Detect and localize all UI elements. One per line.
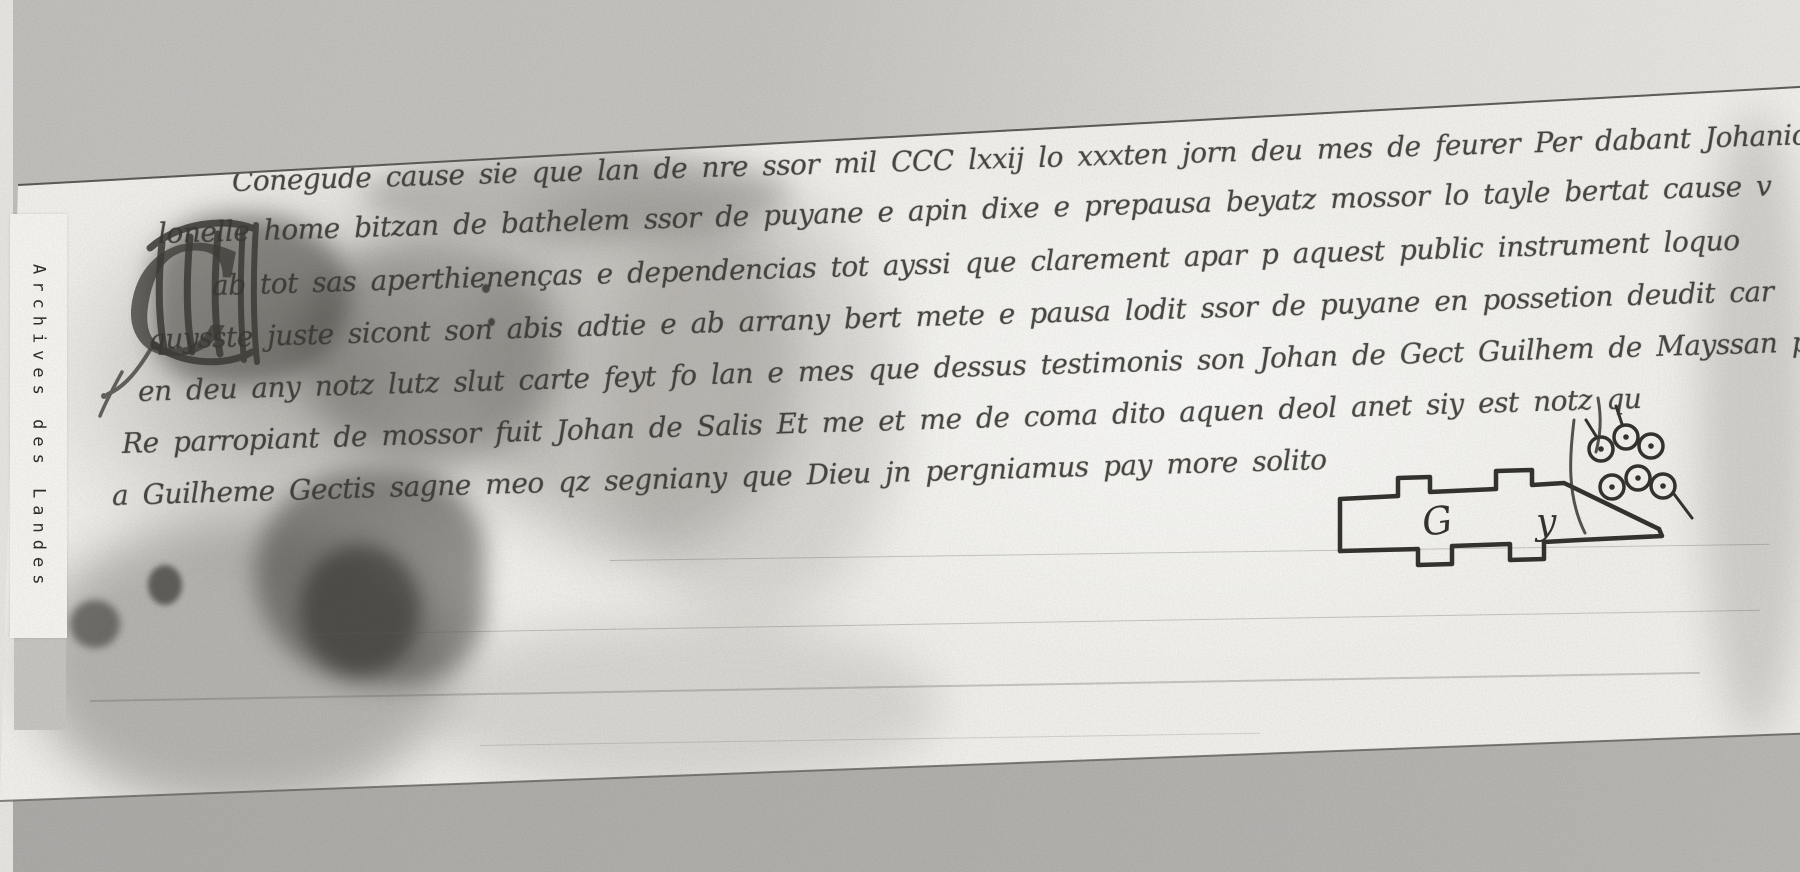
label-shadow-patch [14,638,66,730]
archive-label: Archives des Landes [10,214,67,638]
scanned-document-page: C Conegude cause sie que lan de nre ssor… [0,0,1800,872]
ink-stain [70,600,120,648]
ink-stain [300,545,420,675]
archive-label-text: Archives des Landes [29,214,49,638]
ink-stain [148,565,182,605]
notary-sign: G y [1300,385,1720,585]
notary-sign-letter-g: G [1419,497,1455,545]
ink-stain [420,620,940,790]
notary-sign-outline [1340,470,1662,565]
notary-sign-letter-y: y [1534,502,1557,543]
notary-sign-flourish-strokes [1571,398,1601,533]
